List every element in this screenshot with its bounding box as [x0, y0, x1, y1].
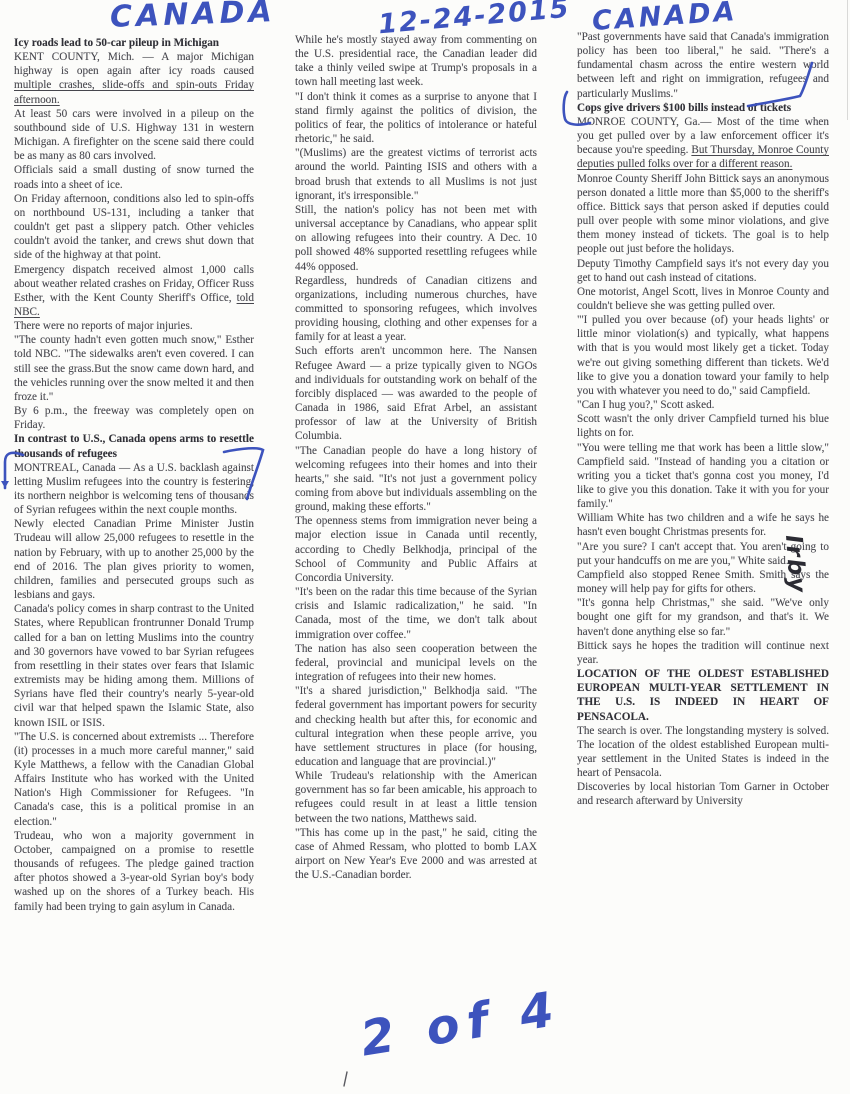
paragraph: "It's a shared jurisdiction," Belkhodja …: [295, 684, 537, 769]
handwritten-signature: Irby: [780, 534, 810, 595]
paragraph: Regardless, hundreds of Canadian citizen…: [295, 274, 537, 345]
paragraph: "You were telling me that work has been …: [577, 441, 829, 512]
paragraph: "'I pulled you over because (of) your he…: [577, 313, 829, 398]
paragraph: While Trudeau's relationship with the Am…: [295, 769, 537, 826]
article-column-3: "Past governments have said that Canada'…: [577, 30, 829, 809]
paragraph: Officials said a small dusting of snow t…: [14, 163, 254, 191]
paragraph: "I don't think it comes as a surprise to…: [295, 90, 537, 147]
paragraph: Discoveries by local historian Tom Garne…: [577, 780, 829, 808]
paragraph: The openness stems from immigration neve…: [295, 514, 537, 585]
paragraph: There were no reports of major injuries.: [14, 319, 254, 333]
paragraph: On Friday afternoon, conditions also led…: [14, 192, 254, 263]
paragraph: Cops give drivers $100 bills instead of …: [577, 101, 829, 115]
paragraph: Still, the nation's policy has not been …: [295, 203, 537, 274]
paragraph: The nation has also seen cooperation bet…: [295, 642, 537, 684]
paragraph: Trudeau, who won a majority government i…: [14, 829, 254, 914]
paragraph: Monroe County Sheriff John Bittick says …: [577, 172, 829, 257]
heading-left-arrowhead: [1, 481, 9, 488]
paragraph: KENT COUNTY, Mich. — A major Michigan hi…: [14, 50, 254, 107]
paragraph: "The Canadian people do have a long hist…: [295, 444, 537, 515]
paragraph: MONTREAL, Canada — As a U.S. backlash ag…: [14, 461, 254, 518]
article-column-1: Icy roads lead to 50-car pileup in Michi…: [14, 36, 254, 914]
paragraph: While he's mostly stayed away from comme…: [295, 33, 537, 90]
paragraph: "Past governments have said that Canada'…: [577, 30, 829, 101]
scanned-news-page: Icy roads lead to 50-car pileup in Michi…: [0, 0, 850, 1094]
paragraph: Scott wasn't the only driver Campfield t…: [577, 412, 829, 440]
paragraph: Bittick says he hopes the tradition will…: [577, 639, 829, 667]
scan-edge-artifact: [847, 0, 848, 120]
paragraph: By 6 p.m., the freeway was completely op…: [14, 404, 254, 432]
paragraph: "Can I hug you?," Scott asked.: [577, 398, 829, 412]
paragraph: "This has come up in the past," he said,…: [295, 826, 537, 883]
paragraph: One motorist, Angel Scott, lives in Monr…: [577, 285, 829, 313]
paragraph: Such efforts aren't uncommon here. The N…: [295, 344, 537, 443]
paragraph: Deputy Timothy Campfield says it's not e…: [577, 257, 829, 285]
paragraph: "It's been on the radar this time becaus…: [295, 585, 537, 642]
article-column-2: While he's mostly stayed away from comme…: [295, 33, 537, 882]
paragraph: MONROE COUNTY, Ga.— Most of the time whe…: [577, 115, 829, 172]
handwritten-canada-left: CANADA: [109, 0, 276, 35]
paragraph: Newly elected Canadian Prime Minister Ju…: [14, 517, 254, 602]
paragraph: "The county hadn't even gotten much snow…: [14, 333, 254, 404]
paragraph: Emergency dispatch received almost 1,000…: [14, 263, 254, 320]
paragraph: "The U.S. is concerned about extremists …: [14, 730, 254, 829]
paragraph: Canada's policy comes in sharp contrast …: [14, 602, 254, 729]
paragraph: "(Muslims) are the greatest victims of t…: [295, 146, 537, 203]
paragraph: "It's gonna help Christmas," she said. "…: [577, 596, 829, 638]
paragraph: In contrast to U.S., Canada opens arms t…: [14, 432, 254, 460]
handwritten-page-number: 2 of 4: [357, 981, 565, 1068]
paragraph: At least 50 cars were involved in a pile…: [14, 107, 254, 164]
paragraph: Icy roads lead to 50-car pileup in Michi…: [14, 36, 254, 50]
stray-pen-mark: [344, 1072, 347, 1086]
paragraph: LOCATION OF THE OLDEST ESTABLISHED EUROP…: [577, 667, 829, 724]
paragraph: The search is over. The longstanding mys…: [577, 724, 829, 781]
